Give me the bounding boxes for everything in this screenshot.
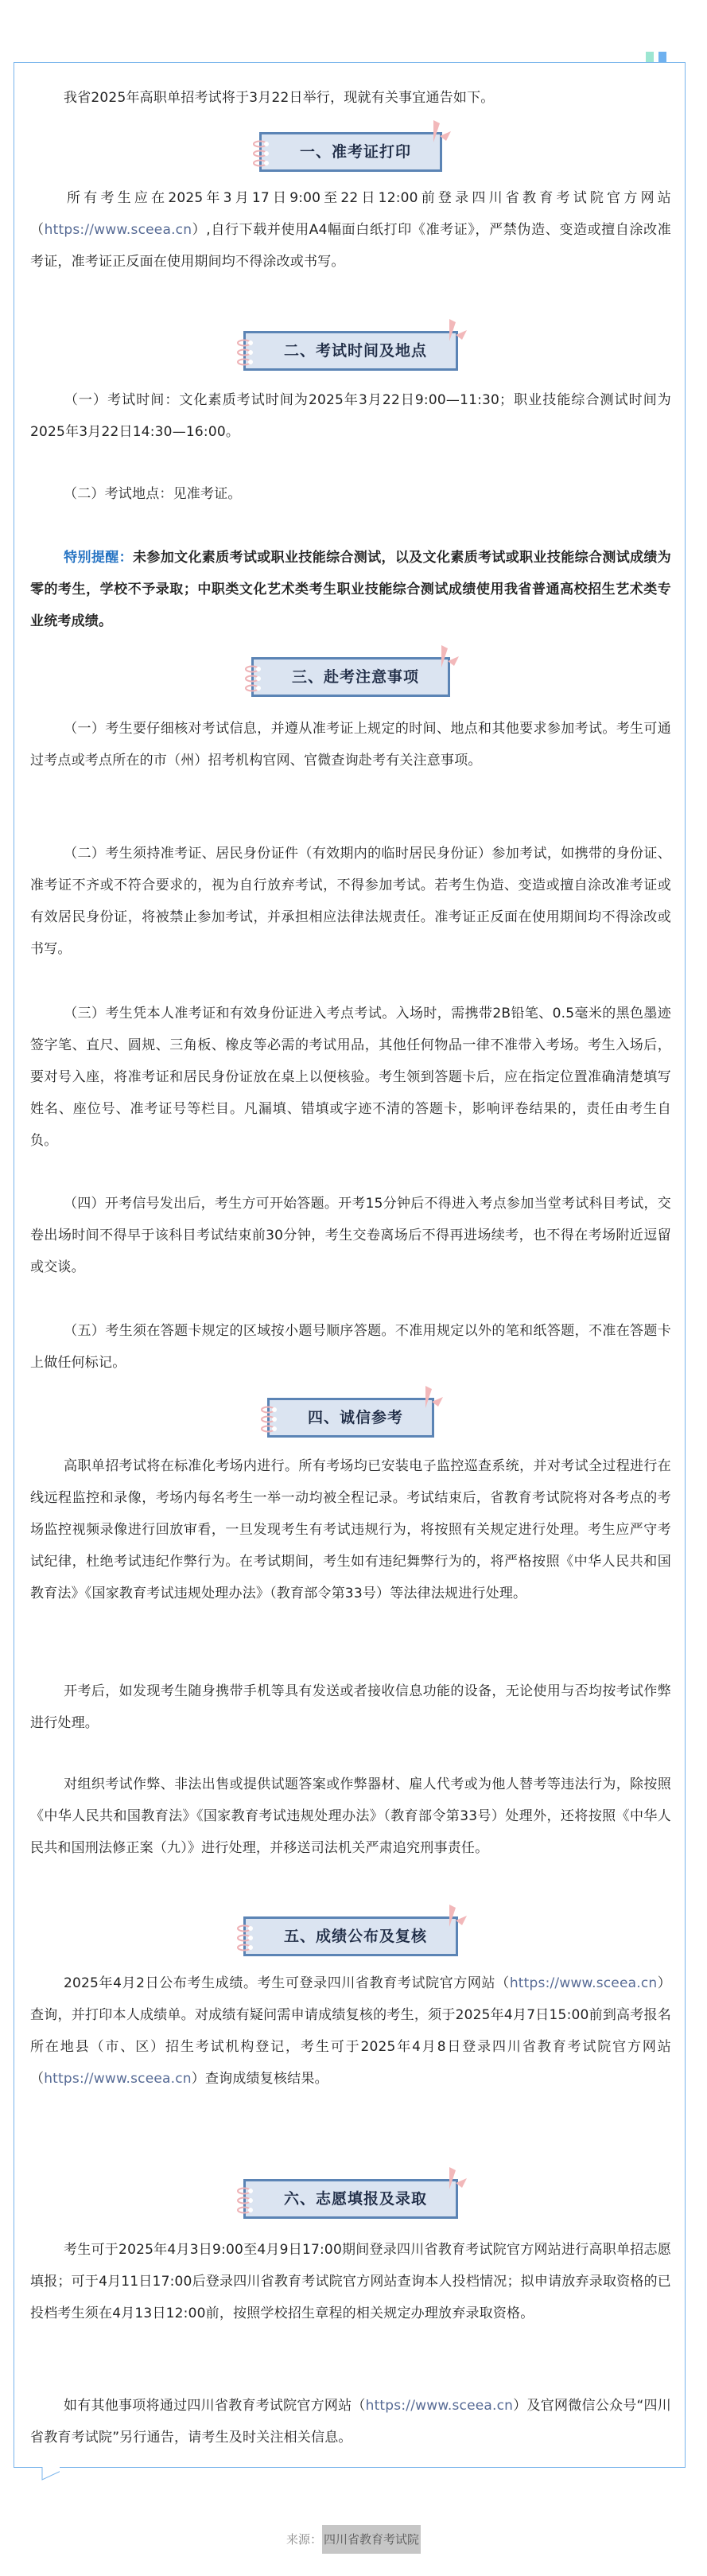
section-3-paragraph-3: （三）考生凭本人准考证和有效身份证进入考点考试。入场时，需携带2B铅笔、0.5毫… [30,998,671,1157]
section-header-1: 一、准考证打印 [30,132,671,172]
card-tail-decoration [28,2466,60,2482]
intro-paragraph: 我省2025年高职单招考试将于3月22日举行，现就有关事宜通告如下。 [30,82,671,114]
text: 考生可于2025年4月3日9:00至4月9日17:00期间登录四川省教育考试院官… [30,2242,671,2321]
text: 对组织考试作弊、非法出售或提供试题答案或作弊器材、雇人代考或为他人替考等违法行为… [30,1776,671,1856]
sceea-link[interactable]: https://www.sceea.cn [44,2071,192,2087]
sceea-link[interactable]: https://www.sceea.cn [45,222,192,238]
section-title-box: 二、考试时间及地点 [243,331,458,371]
binder-rings-icon [236,338,255,367]
section-5-paragraph: 2025年4月2日公布考生成绩。考生可登录四川省教育考试院官方网站（https:… [30,1967,671,2095]
section-title: 六、志愿填报及录取 [284,2190,427,2208]
binder-rings-icon [236,2186,255,2215]
text: （一）考试时间：文化素质考试时间为2025年3月22日9:00—11:30；职业… [30,392,671,440]
section-title-box: 六、志愿填报及录取 [243,2179,458,2219]
section-3-paragraph-5: （五）考生须在答题卡规定的区域按小题号顺序答题。不准用规定以外的笔和纸答题，不准… [30,1315,671,1379]
section-title-box: 五、成绩公布及复核 [243,1916,458,1956]
binder-rings-icon [260,1405,279,1434]
section-4-paragraph-2: 开考后，如发现考生随身携带手机等具有发送或者接收信息功能的设备，无论使用与否均按… [30,1675,671,1739]
section-3-paragraph-1: （一）考生要仔细核对考试信息，并遵从准考证上规定的时间、地点和其他要求参加考试。… [30,713,671,776]
section-title: 二、考试时间及地点 [284,342,427,360]
section-4-paragraph-3: 对组织考试作弊、非法出售或提供试题答案或作弊器材、雇人代考或为他人替考等违法行为… [30,1769,671,1864]
text: （二）考生须持准考证、居民身份证件（有效期内的临时居民身份证）参加考试，如携带的… [30,846,671,957]
section-title-box: 四、诚信参考 [267,1398,434,1438]
pink-flag-icon [432,120,456,146]
special-reminder: 特别提醒：未参加文化素质考试或职业技能综合测试，以及文化素质考试或职业技能综合测… [30,542,671,637]
pink-flag-icon [448,1905,472,1930]
intro-text: 我省2025年高职单招考试将于3月22日举行，现就有关事宜通告如下。 [64,90,495,106]
sceea-link[interactable]: https://www.sceea.cn [366,2398,514,2414]
section-title-box: 三、赴考注意事项 [251,657,450,697]
section-6-paragraph: 考生可于2025年4月3日9:00至4月9日17:00期间登录四川省教育考试院官… [30,2234,671,2329]
section-4-paragraph-1: 高职单招考试将在标准化考场内进行。所有考场均已安装电子监控巡查系统，并对考试全过… [30,1450,671,1609]
section-2-paragraph-2: （二）考试地点：见准考证。 [30,478,671,510]
section-3-paragraph-4: （四）开考信号发出后，考生方可开始答题。开考15分钟后不得进入考点参加当堂考试科… [30,1188,671,1283]
source-label: 来源： [286,2532,322,2547]
text: ）查询，并打印本人成绩单。对成绩有疑问需申请成绩复核的考生，须于2025年4月7… [30,1975,671,2087]
section-header-6: 六、志愿填报及录取 [30,2179,671,2219]
text: ）查询成绩复核结果。 [192,2071,328,2087]
source-line: 来源：四川省教育考试院 [0,2525,707,2554]
section-1-paragraph: 所有考生应在2025年3月17日9:00至22日12:00前登录四川省教育考试院… [30,182,671,278]
notice-card: 我省2025年高职单招考试将于3月22日举行，现就有关事宜通告如下。 一、准考证… [14,62,686,2468]
section-header-5: 五、成绩公布及复核 [30,1916,671,1956]
text: 高职单招考试将在标准化考场内进行。所有考场均已安装电子监控巡查系统，并对考试全过… [30,1458,671,1601]
text: （四）开考信号发出后，考生方可开始答题。开考15分钟后不得进入考点参加当堂考试科… [30,1196,671,1275]
text: （一）考生要仔细核对考试信息，并遵从准考证上规定的时间、地点和其他要求参加考试。… [30,721,671,769]
binder-rings-icon [236,1924,255,1952]
pink-flag-icon [424,1386,448,1411]
section-header-3: 三、赴考注意事项 [30,657,671,697]
section-header-2: 二、考试时间及地点 [30,331,671,371]
text: （五）考生须在答题卡规定的区域按小题号顺序答题。不准用规定以外的笔和纸答题，不准… [30,1323,671,1371]
pink-flag-icon [448,2167,472,2193]
text: （三）考生凭本人准考证和有效身份证进入考点考试。入场时，需携带2B铅笔、0.5毫… [30,1006,671,1149]
reminder-label: 特别提醒： [64,550,133,566]
section-title: 三、赴考注意事项 [292,668,419,686]
section-2-paragraph-1: （一）考试时间：文化素质考试时间为2025年3月22日9:00—11:30；职业… [30,384,671,448]
source-name: 四川省教育考试院 [322,2525,421,2554]
section-title: 一、准考证打印 [300,143,411,161]
section-title: 五、成绩公布及复核 [284,1928,427,1945]
binder-rings-icon [252,139,271,168]
binder-rings-icon [244,664,263,693]
section-3-paragraph-2: （二）考生须持准考证、居民身份证件（有效期内的临时居民身份证）参加考试，如携带的… [30,838,671,965]
pink-flag-icon [448,319,472,344]
text: 2025年4月2日公布考生成绩。考生可登录四川省教育考试院官方网站（ [64,1975,510,1991]
section-title: 四、诚信参考 [308,1409,403,1426]
section-title-box: 一、准考证打印 [259,132,442,172]
closing-paragraph: 如有其他事项将通过四川省教育考试院官方网站（https://www.sceea.… [30,2390,671,2453]
pink-flag-icon [440,645,464,671]
section-header-4: 四、诚信参考 [30,1398,671,1438]
text: 开考后，如发现考生随身携带手机等具有发送或者接收信息功能的设备，无论使用与否均按… [30,1683,671,1731]
text: （二）考试地点：见准考证。 [64,486,242,502]
sceea-link[interactable]: https://www.sceea.cn [510,1975,658,1991]
text: 如有其他事项将通过四川省教育考试院官方网站（ [64,2398,366,2414]
